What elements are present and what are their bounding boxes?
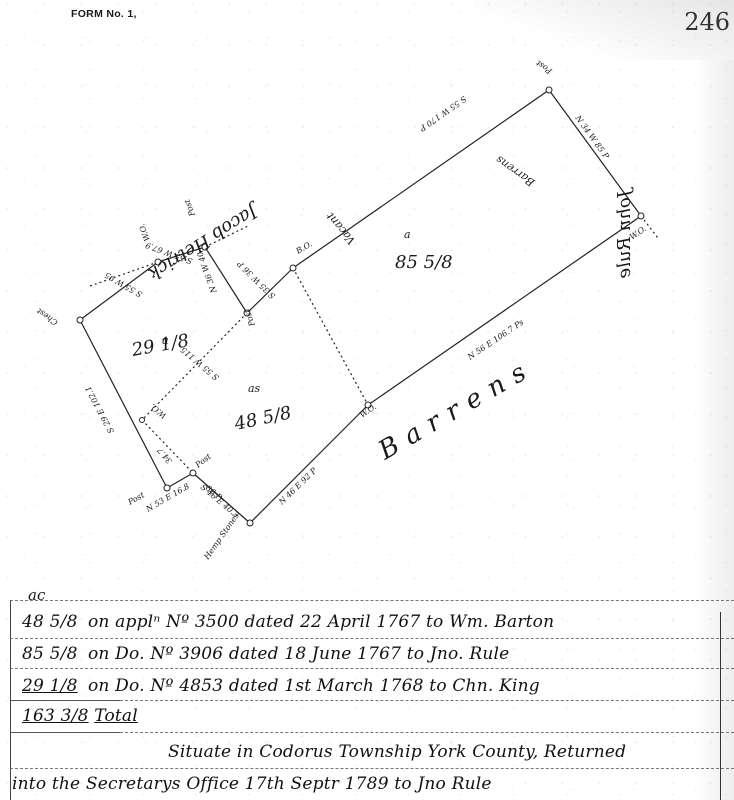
adjoiner-barrens-south: Barrens [373, 353, 540, 467]
corner-mid-top-bo: B.O. [294, 239, 314, 256]
corner-chestnut: Chest [35, 306, 60, 327]
course-dotted-small: 34.7 [155, 445, 174, 465]
ledger-rule [10, 732, 120, 733]
corner-top-post: Post [534, 58, 555, 76]
ledger-total-row: 163 3/8 Total [22, 706, 138, 726]
ledger-row-text: on Do. Nº 3906 dated 18 June 1767 to Jno… [88, 644, 509, 664]
corner-mid-bottom-wo: W.O. [358, 402, 378, 420]
course-left-side: S 29 E 102.1 [83, 385, 115, 435]
ledger-row-text: on applⁿ Nº 3500 dated 22 April 1767 to … [88, 612, 554, 632]
ledger-rule [10, 668, 734, 669]
ledger-section: ac 48 5/8on applⁿ Nº 3500 dated 22 April… [0, 592, 734, 800]
corner-mid-post: Post [242, 307, 257, 328]
ledger-rule [10, 768, 734, 769]
course-inner-upper-right: S 35 W 36 P [235, 259, 277, 301]
ledger-row: 48 5/8on applⁿ Nº 3500 dated 22 April 17… [22, 612, 554, 632]
corner-left-post: Post [126, 490, 147, 507]
ledger-rule [10, 600, 734, 601]
ledger-total-label: Total [94, 706, 138, 726]
course-inner-up: N 36 W 40 [195, 250, 219, 295]
course-bottom-long: N 56 E 106.7 Ps [465, 318, 525, 363]
ledger-row-qty: 48 5/8 [22, 612, 78, 632]
ledger-row-text: on Do. Nº 4853 dated 1st March 1768 to C… [88, 676, 540, 696]
corner-hemp-stones: Hemp Stones [202, 511, 241, 562]
tract-c-acres: 29 1/8 [129, 330, 190, 361]
ledger-row-qty: 29 1/8 [22, 676, 78, 696]
course-dotted-mid: S 55 W 115 [179, 345, 221, 382]
course-bottom-mid: N 46 E 92 P [276, 466, 318, 507]
course-top-right: N 34 W 85 P [573, 113, 611, 161]
corner-dotted-oak: W.O. [149, 402, 169, 420]
ledger-row-qty: 85 5/8 [22, 644, 78, 664]
tract-a-acres-label: a [404, 228, 411, 241]
adjoiner-vacant: Vacant [323, 209, 358, 247]
ledger-rule [120, 732, 734, 733]
ledger-rule [120, 700, 734, 701]
ledger-right-margin-line [720, 612, 721, 800]
ledger-row: 85 5/8on Do. Nº 3906 dated 18 June 1767 … [22, 644, 509, 664]
survey-plat: a 85 5/8 as 48 5/8 a 29 1/8 Jacob Hetric… [0, 0, 734, 592]
ledger-rule [10, 700, 120, 701]
ledger-acres-heading: ac [28, 586, 45, 604]
corner-top-left-oak: W.O. [137, 222, 152, 242]
ledger-total-qty: 163 3/8 [22, 706, 89, 726]
ledger-row: 29 1/8on Do. Nº 4853 dated 1st March 176… [22, 676, 540, 696]
tract-b-acres: 48 5/8 [232, 402, 294, 435]
ledger-situated-line-2: into the Secretarys Office 17th Septr 17… [12, 774, 492, 794]
corner-top-inner-post: Post [182, 197, 197, 218]
tract-b-acres-label: as [248, 382, 261, 395]
tract-a-acres: 85 5/8 [395, 252, 453, 273]
ledger-situated-line-1: Situate in Codorus Township York County,… [168, 742, 626, 762]
course-top-long: S 55 W 170 P [417, 94, 467, 133]
adjoiner-barrens-north: Barrens [493, 153, 538, 190]
ledger-rule [10, 638, 734, 639]
corner-inner-post: Post [193, 451, 213, 470]
